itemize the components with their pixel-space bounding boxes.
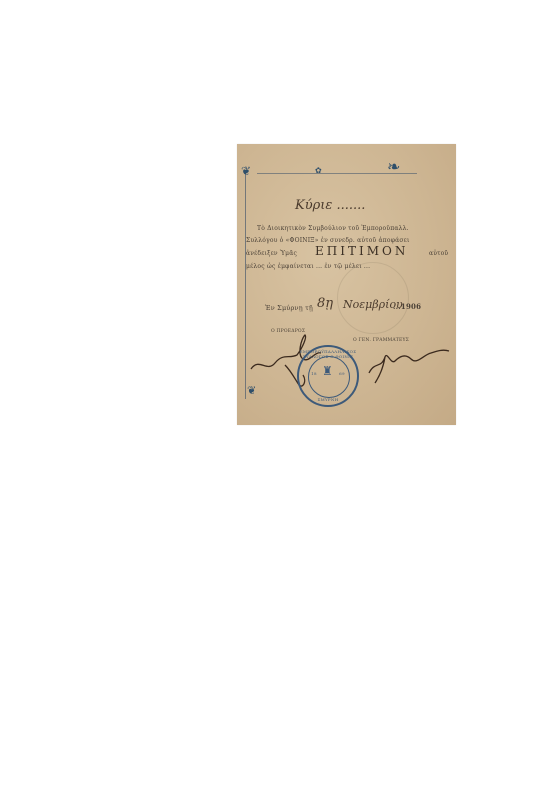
salutation: Κύριε ....... (295, 198, 365, 213)
body-line-4: μέλος ὡς ἐμφαίνεται ... ἐν τῷ μέλει ... (246, 263, 370, 270)
seal-ring-text: ΕΜΠΟΡΟΫΠΑΛΛΗΛΙΚΟΣ ΣΥΛΛΟΓΟΣ Ο ΦΟΙΝΙΞ (299, 349, 357, 359)
phoenix-building-icon: ♜ (322, 364, 333, 378)
body-line-3-end: αὐτοῦ (429, 250, 448, 257)
certificate-document: ❦ ✿ ❧ ❦ Κύριε ....... Τὸ Διοικητικὸν Συμ… (237, 144, 456, 425)
secretary-signature (365, 339, 455, 389)
body-line-3: ἀνέδειξεν Ὑμᾶς (246, 250, 297, 257)
seal-bottom-text: ΣΜΥΡΝΗ (299, 397, 357, 402)
official-seal: ΕΜΠΟΡΟΫΠΑΛΛΗΛΙΚΟΣ ΣΥΛΛΟΓΟΣ Ο ΦΟΙΝΙΞ 18 6… (297, 345, 359, 407)
body-line-1: Τὸ Διοικητικὸν Συμβούλιον τοῦ Ἐμποροϋπαλ… (257, 225, 409, 232)
date-day: 8ῃ (317, 296, 333, 311)
date-year: ...1906 (393, 302, 421, 311)
body-line-2: Συλλόγου ὁ «ΦΟΙΝΙΞ» ἐν συνεδρ. αὐτοῦ ἀπο… (246, 237, 410, 244)
corner-ornament-icon: ❦ (241, 164, 251, 178)
frame-top-border (257, 173, 417, 174)
honorary-title: ΕΠΙΤΙΜΟΝ (315, 244, 408, 258)
date-prefix: Ἐν Σμύρνῃ τῇ (265, 304, 313, 312)
